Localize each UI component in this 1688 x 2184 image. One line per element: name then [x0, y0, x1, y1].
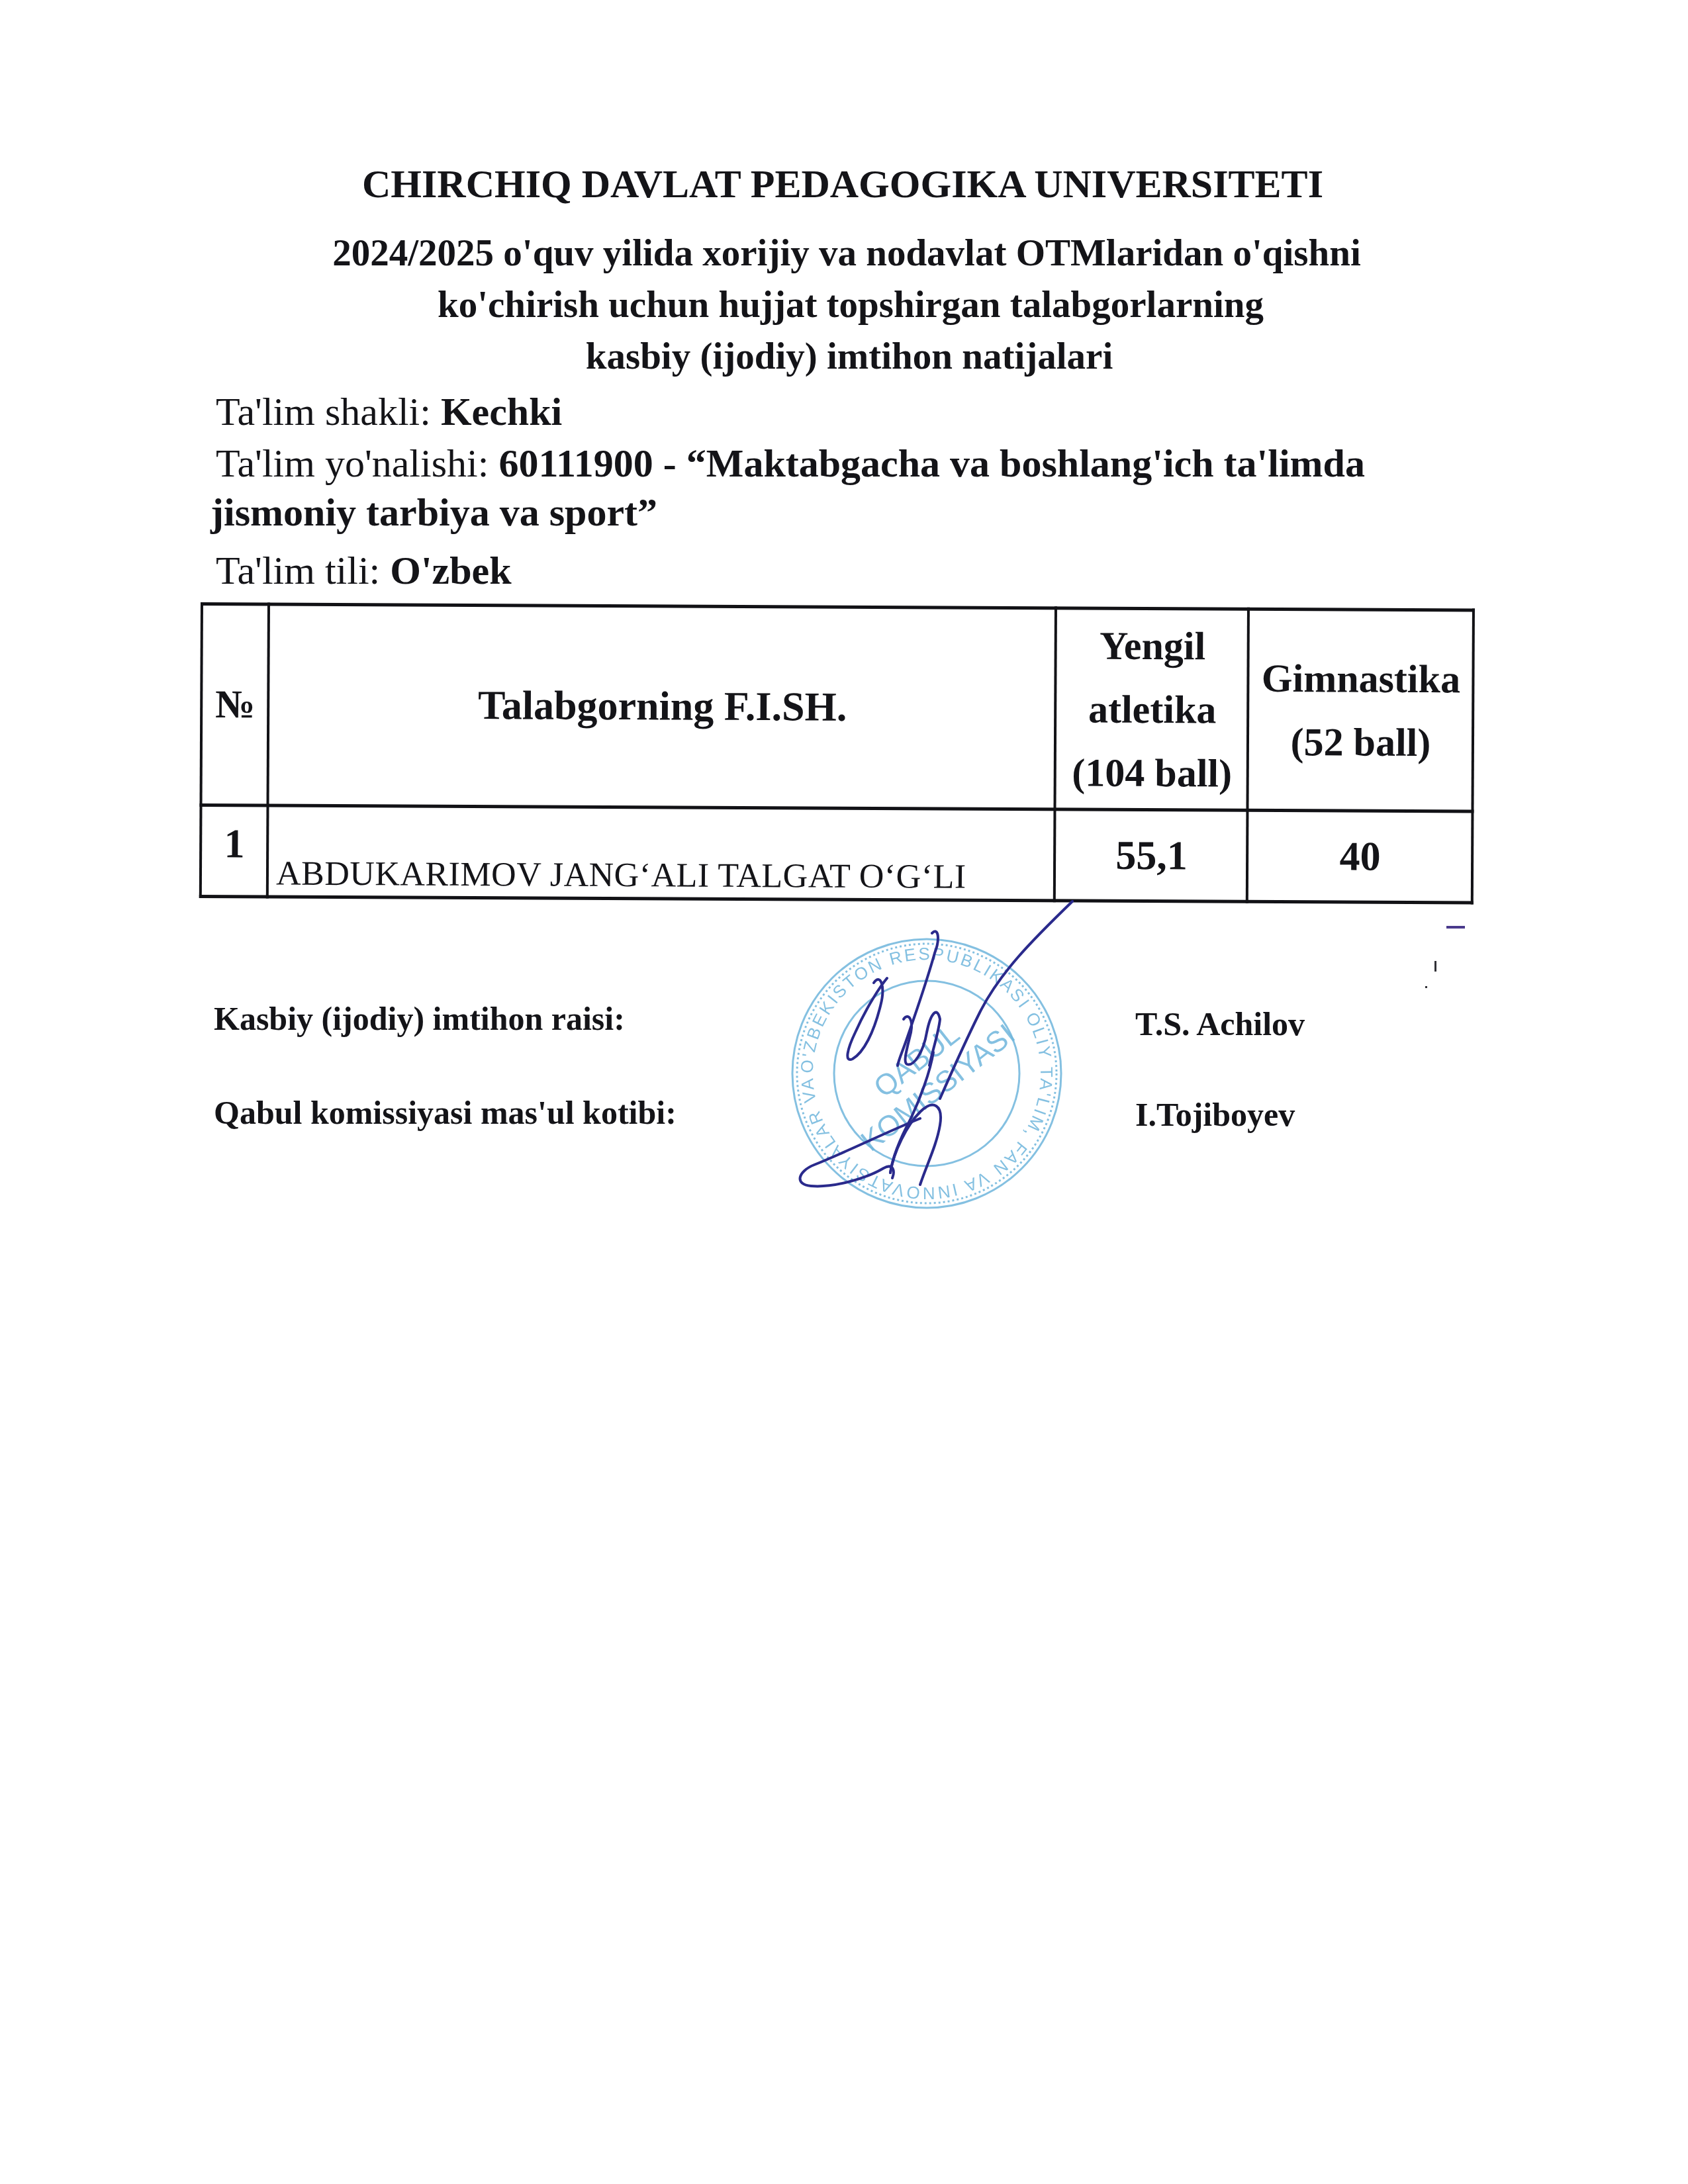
- exam-chair-label: Kasbiy (ijodiy) imtihon raisi:: [214, 999, 625, 1038]
- admissions-secretary-name: I.Tojiboyev: [1135, 1095, 1295, 1134]
- row-applicant-name: ABDUKARIMOV JANG‘ALI TALGAT O‘G‘LI: [276, 854, 966, 897]
- results-table: № Talabgorning F.I.SH. Yengil atletika (…: [199, 602, 1475, 904]
- education-direction: Ta'lim yo'nalishi: 60111900 - “Maktabgac…: [216, 441, 1365, 486]
- institution-title: CHIRCHIQ DAVLAT PEDAGOGIKA UNIVERSITETI: [0, 161, 1687, 207]
- header-athletics-line: Yengil: [1072, 614, 1233, 678]
- subtitle-line-2: ko'chirish uchun hujjat topshirgan talab…: [7, 283, 1688, 326]
- education-language: Ta'lim tili: O'zbek: [216, 548, 512, 594]
- education-direction-continued: jismoniy tarbiya va sport”: [211, 490, 657, 535]
- exam-chair-name: T.S. Achilov: [1135, 1005, 1305, 1043]
- admissions-secretary-label: Qabul komissiyasi mas'ul kotibi:: [214, 1093, 677, 1132]
- education-form-label: Ta'lim shakli:: [216, 390, 441, 433]
- header-athletics: Yengil atletika (104 ball): [1056, 610, 1247, 808]
- scan-mark: [1446, 926, 1465, 929]
- header-gymnastics-line: Gimnastika: [1262, 646, 1461, 710]
- header-gymnastics-line: (52 ball): [1261, 709, 1460, 774]
- row-athletics-score: 55,1: [1056, 811, 1247, 900]
- scan-mark: [1434, 961, 1436, 972]
- education-form: Ta'lim shakli: Kechki: [216, 389, 562, 435]
- header-athletics-line: (104 ball): [1072, 741, 1232, 805]
- row-number: 1: [202, 807, 267, 881]
- education-language-value: O'zbek: [390, 549, 511, 592]
- scan-mark: [1425, 986, 1427, 988]
- header-gymnastics: Gimnastika (52 ball): [1249, 611, 1472, 810]
- subtitle-line-1: 2024/2025 o'quv yilida xorijiy va nodavl…: [3, 232, 1688, 275]
- header-athletics-line: atletika: [1072, 677, 1233, 741]
- education-language-label: Ta'lim tili:: [216, 549, 390, 592]
- education-direction-label: Ta'lim yo'nalishi:: [216, 441, 498, 485]
- header-applicant-name: Talabgorning F.I.SH.: [270, 606, 1055, 808]
- handwritten-signature-icon: [781, 900, 1086, 1198]
- row-gymnastics-score: 40: [1249, 812, 1472, 902]
- education-direction-value: 60111900 - “Maktabgacha va boshlang'ich …: [498, 441, 1365, 485]
- header-number: №: [203, 606, 268, 803]
- education-form-value: Kechki: [441, 390, 562, 433]
- subtitle-line-3: kasbiy (ijodiy) imtihon natijalari: [5, 335, 1688, 378]
